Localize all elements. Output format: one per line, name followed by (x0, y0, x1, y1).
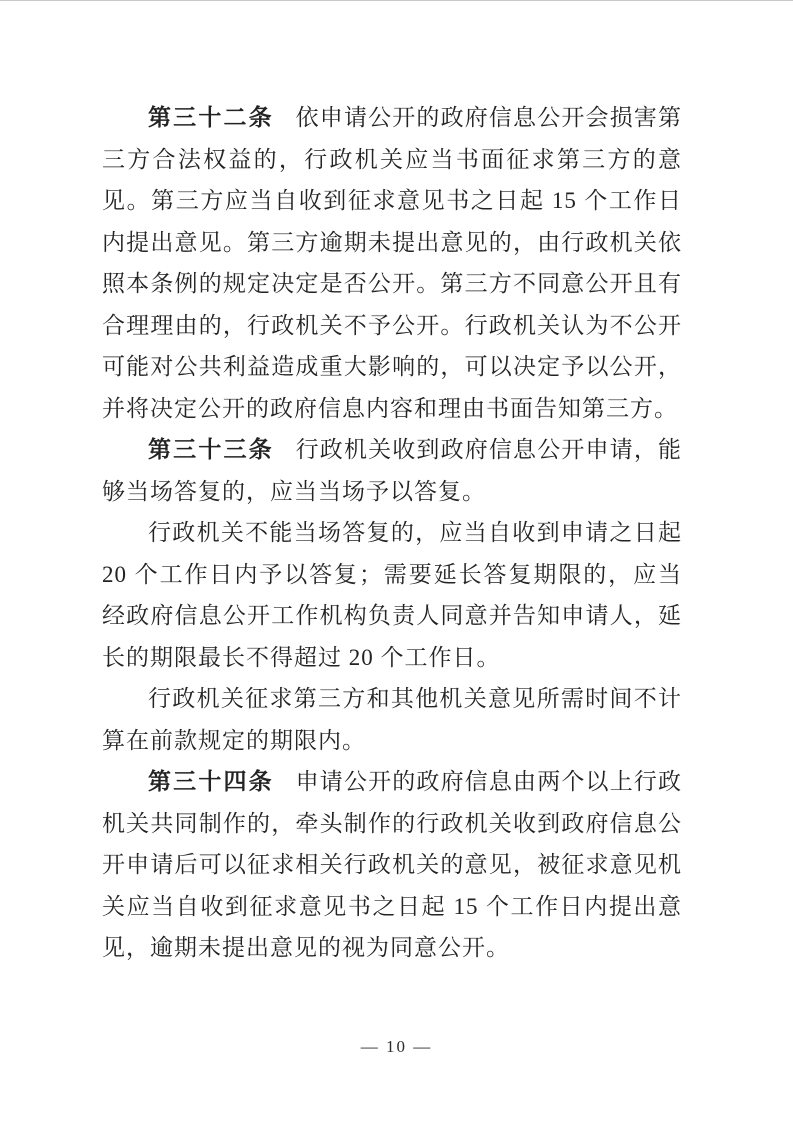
article-33-clause-2-paragraph: 行政机关不能当场答复的，应当自收到申请之日起 20 个工作日内予以答复；需要延长… (102, 512, 682, 678)
article-32-number: 第三十二条 (148, 105, 274, 130)
article-33-paragraph: 第三十三条行政机关收到政府信息公开申请，能够当场答复的，应当当场予以答复。 (102, 429, 682, 512)
document-body: 第三十二条依申请公开的政府信息公开会损害第三方合法权益的，行政机关应当书面征求第… (102, 97, 682, 969)
article-33-clause-2-text: 行政机关不能当场答复的，应当自收到申请之日起 20 个工作日内予以答复；需要延长… (102, 520, 682, 670)
document-page: 第三十二条依申请公开的政府信息公开会损害第三方合法权益的，行政机关应当书面征求第… (0, 0, 793, 1123)
page-number: — 10 — (0, 1037, 793, 1057)
article-33-number: 第三十三条 (148, 437, 274, 462)
article-32-paragraph: 第三十二条依申请公开的政府信息公开会损害第三方合法权益的，行政机关应当书面征求第… (102, 97, 682, 429)
article-34-number: 第三十四条 (148, 769, 274, 794)
article-32-text: 依申请公开的政府信息公开会损害第三方合法权益的，行政机关应当书面征求第三方的意见… (102, 105, 682, 421)
article-34-text: 申请公开的政府信息由两个以上行政机关共同制作的，牵头制作的行政机关收到政府信息公… (102, 769, 682, 960)
article-33-clause-3-paragraph: 行政机关征求第三方和其他机关意见所需时间不计算在前款规定的期限内。 (102, 678, 682, 761)
article-34-paragraph: 第三十四条申请公开的政府信息由两个以上行政机关共同制作的，牵头制作的行政机关收到… (102, 761, 682, 969)
article-33-clause-3-text: 行政机关征求第三方和其他机关意见所需时间不计算在前款规定的期限内。 (102, 686, 682, 753)
